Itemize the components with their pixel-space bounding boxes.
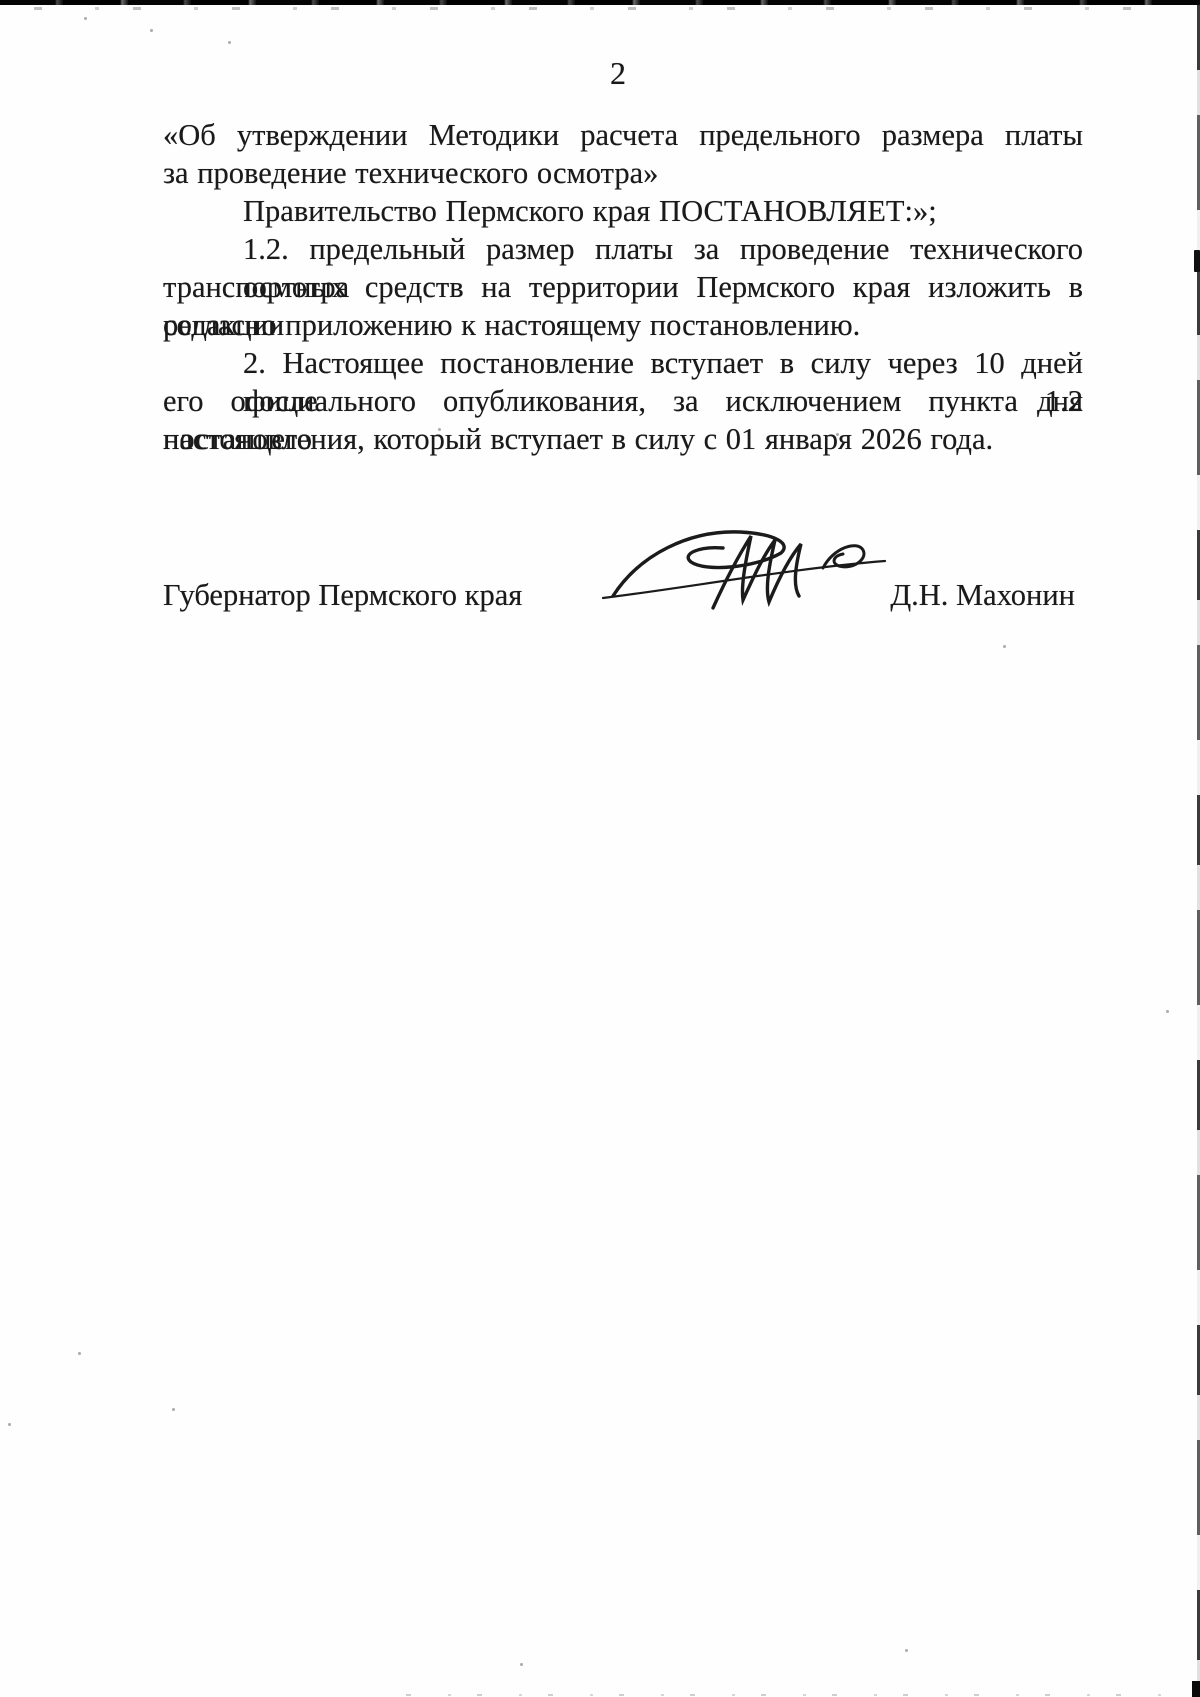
- body-line: транспортных средств на территории Пермс…: [163, 268, 1083, 306]
- body-line: постановления, который вступает в силу с…: [163, 420, 1083, 458]
- scan-speck: [78, 1352, 81, 1355]
- scan-speck: [84, 17, 87, 20]
- handwritten-signature-icon: [595, 516, 895, 616]
- body-line: «Об утверждении Методики расчета предель…: [163, 116, 1083, 154]
- scan-artifact-top-noise: [0, 7, 1150, 10]
- scan-speck: [905, 1649, 908, 1652]
- scan-artifact-right-blob: [1194, 250, 1200, 272]
- paragraph-quote-title: «Об утверждении Методики расчета предель…: [163, 116, 1083, 192]
- scan-speck: [228, 41, 231, 44]
- body-line: согласно приложению к настоящему постано…: [163, 306, 1083, 344]
- scan-artifact-top-bar: [0, 0, 1200, 5]
- body-line: 2. Настоящее постановление вступает в си…: [163, 344, 1083, 382]
- paragraph-item-2: 2. Настоящее постановление вступает в си…: [163, 344, 1083, 458]
- body-line: его официального опубликования, за исклю…: [163, 382, 1083, 420]
- body-line: 1.2. предельный размер платы за проведен…: [163, 230, 1083, 268]
- signature-role: Губернатор Пермского края: [163, 576, 522, 614]
- scan-artifact-bottom-noise: [380, 1694, 1170, 1696]
- scan-speck: [8, 1423, 11, 1426]
- scan-speck: [172, 1408, 175, 1411]
- signature-row: Губернатор Пермского края Д.Н. Махонин: [163, 576, 1083, 614]
- page-number: 2: [610, 54, 626, 92]
- body-line: Правительство Пермского края ПОСТАНОВЛЯЕ…: [163, 192, 1083, 230]
- scanned-document-page: { "page": { "number": "2" }, "content": …: [0, 0, 1200, 1697]
- scan-speck: [150, 29, 153, 32]
- body-line: за проведение технического осмотра»: [163, 154, 1083, 192]
- document-body: «Об утверждении Методики расчета предель…: [163, 116, 1083, 458]
- signature-name: Д.Н. Махонин: [890, 576, 1075, 614]
- scan-speck: [1166, 1010, 1169, 1013]
- scan-speck: [520, 1663, 523, 1666]
- scan-speck: [1003, 645, 1006, 648]
- scan-artifact-corner-mark: [1192, 1681, 1200, 1697]
- paragraph-resolution: Правительство Пермского края ПОСТАНОВЛЯЕ…: [163, 192, 1083, 230]
- paragraph-item-1-2: 1.2. предельный размер платы за проведен…: [163, 230, 1083, 344]
